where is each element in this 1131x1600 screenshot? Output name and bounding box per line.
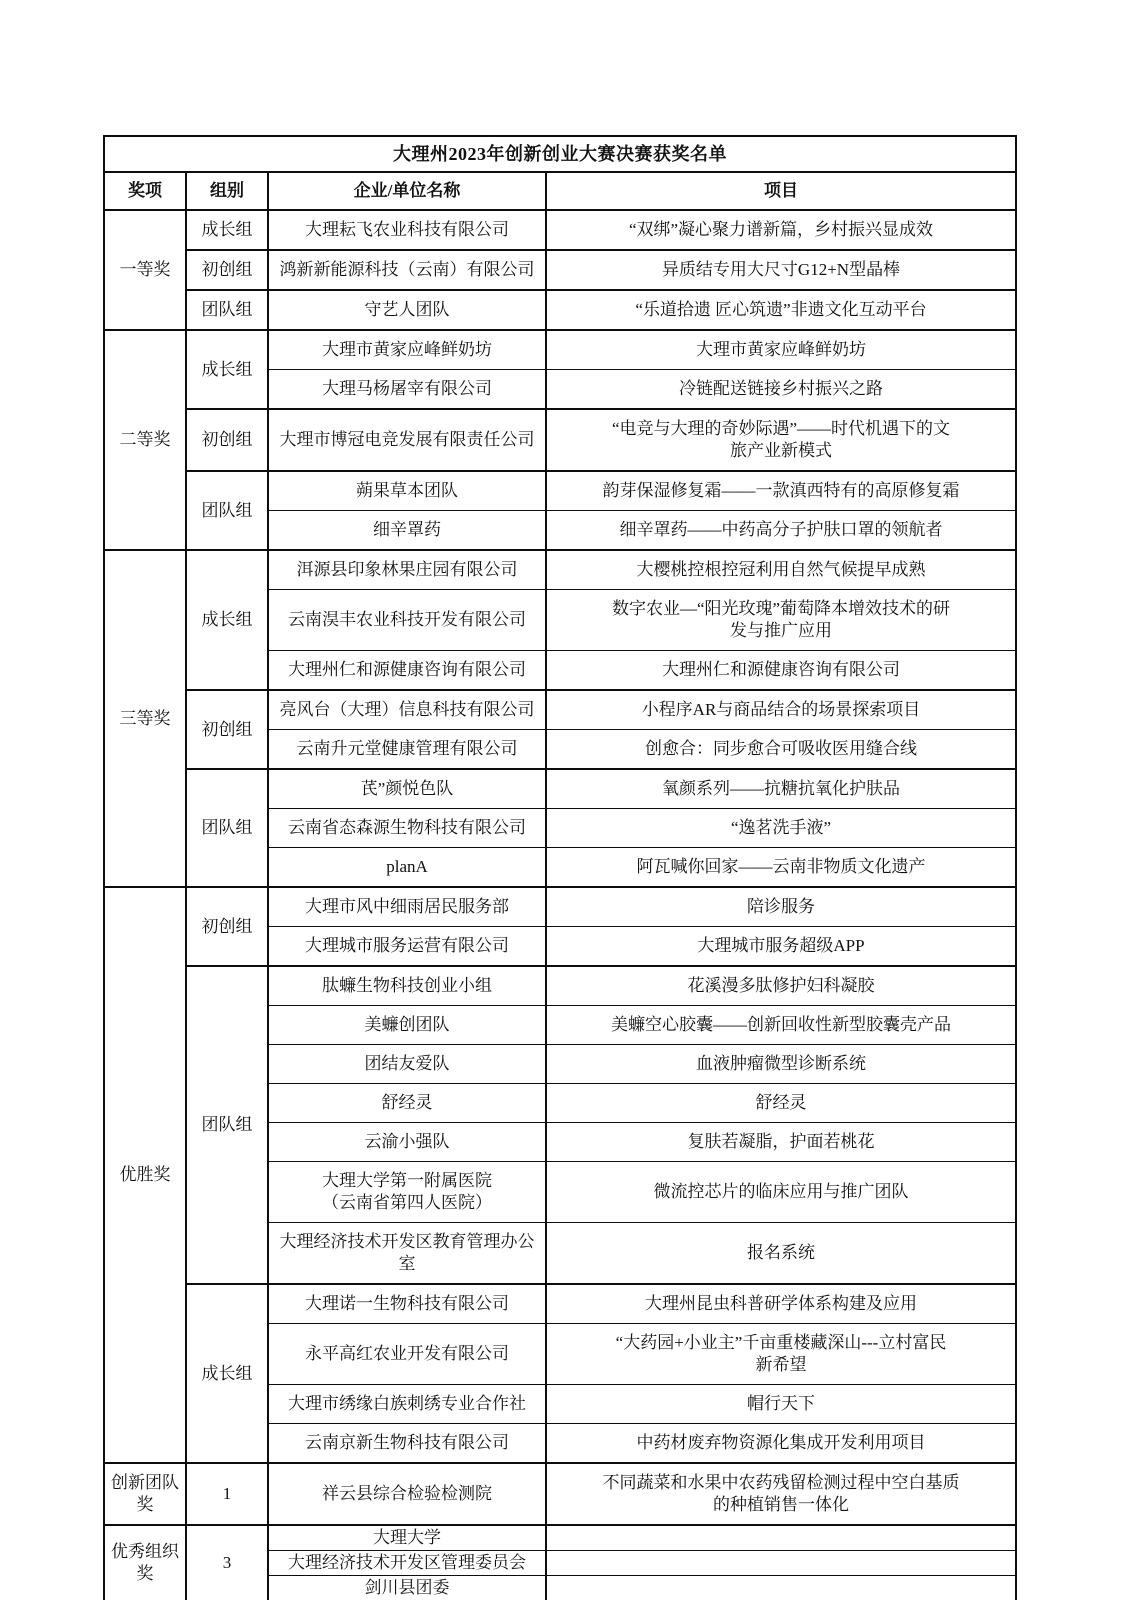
company-cell: 云渝小强队 (268, 1123, 546, 1162)
table-header-row: 奖项 组别 企业/单位名称 项目 (104, 172, 1016, 210)
company-cell: 云南升元堂健康管理有限公司 (268, 730, 546, 770)
company-cell: 洱源县印象林果庄园有限公司 (268, 550, 546, 590)
company-cell: 大理经济技术开发区管理委员会 (268, 1551, 546, 1576)
company-cell: 大理市黄家应峰鲜奶坊 (268, 330, 546, 370)
group-cell: 初创组 (186, 690, 268, 769)
project-cell: 陪诊服务 (546, 887, 1016, 927)
group-cell: 成长组 (186, 550, 268, 690)
project-cell: “电竞与大理的奇妙际遇”——时代机遇下的文 旅产业新模式 (546, 409, 1016, 471)
table-row: 成长组大理诺一生物科技有限公司大理州昆虫科普研学体系构建及应用 (104, 1284, 1016, 1324)
group-cell: 初创组 (186, 887, 268, 966)
project-cell: 大樱桃控根控冠利用自然气候提早成熟 (546, 550, 1016, 590)
group-cell: 团队组 (186, 471, 268, 550)
company-cell: 云南省态森源生物科技有限公司 (268, 809, 546, 848)
table-row: 团队组蒴果草本团队韵芽保湿修复霜——一款滇西特有的高原修复霜 (104, 471, 1016, 511)
company-cell: 团结友爱队 (268, 1045, 546, 1084)
table-row: 初创组亮风台（大理）信息科技有限公司小程序AR与商品结合的场景探索项目 (104, 690, 1016, 730)
project-cell: “双绑”凝心聚力谱新篇，乡村振兴显成效 (546, 210, 1016, 250)
table-row: 创新团队奖1祥云县综合检验检测院不同蔬菜和水果中农药残留检测过程中空白基质 的种… (104, 1463, 1016, 1525)
project-cell: 花溪漫多肽修护妇科凝胶 (546, 966, 1016, 1006)
project-cell: 中药材废弃物资源化集成开发利用项目 (546, 1424, 1016, 1464)
group-cell: 团队组 (186, 769, 268, 887)
company-cell: 舒经灵 (268, 1084, 546, 1123)
group-cell: 初创组 (186, 409, 268, 471)
company-cell: 云南京新生物科技有限公司 (268, 1424, 546, 1464)
company-cell: 守艺人团队 (268, 290, 546, 330)
award-cell: 二等奖 (104, 330, 186, 550)
project-cell: 大理市黄家应峰鲜奶坊 (546, 330, 1016, 370)
company-cell: 大理耘飞农业科技有限公司 (268, 210, 546, 250)
project-cell: 冷链配送链接乡村振兴之路 (546, 370, 1016, 410)
project-cell: 血液肿瘤微型诊断系统 (546, 1045, 1016, 1084)
company-cell: 细辛罩药 (268, 511, 546, 551)
project-cell: 报名系统 (546, 1223, 1016, 1285)
column-header-company: 企业/单位名称 (268, 172, 546, 210)
award-cell: 一等奖 (104, 210, 186, 330)
company-cell: 大理大学第一附属医院 （云南省第四人医院） (268, 1162, 546, 1223)
project-cell: 数字农业—“阳光玫瑰”葡萄降本增效技术的研 发与推广应用 (546, 590, 1016, 651)
company-cell: 永平高红农业开发有限公司 (268, 1324, 546, 1385)
project-cell: 美蠊空心胶囊——创新回收性新型胶囊壳产品 (546, 1006, 1016, 1045)
project-cell: “乐道拾遗 匠心筑遗”非遗文化互动平台 (546, 290, 1016, 330)
company-cell: 美蠊创团队 (268, 1006, 546, 1045)
company-cell: 鸿新新能源科技（云南）有限公司 (268, 250, 546, 290)
group-cell: 成长组 (186, 330, 268, 409)
company-cell: 祥云县综合检验检测院 (268, 1463, 546, 1525)
project-cell: 阿瓦喊你回家——云南非物质文化遗产 (546, 848, 1016, 888)
project-cell: 帽行天下 (546, 1385, 1016, 1424)
project-cell: “逸茗洗手液” (546, 809, 1016, 848)
company-cell: 肽蠊生物科技创业小组 (268, 966, 546, 1006)
awards-table: 大理州2023年创新创业大赛决赛获奖名单 奖项 组别 企业/单位名称 项目 一等… (103, 135, 1017, 1600)
company-cell: 大理市博冠电竞发展有限责任公司 (268, 409, 546, 471)
table-row: 团队组肽蠊生物科技创业小组花溪漫多肽修护妇科凝胶 (104, 966, 1016, 1006)
table-row: 优胜奖初创组大理市风中细雨居民服务部陪诊服务 (104, 887, 1016, 927)
table-row: 初创组鸿新新能源科技（云南）有限公司异质结专用大尺寸G12+N型晶棒 (104, 250, 1016, 290)
project-cell: 大理城市服务超级APP (546, 927, 1016, 967)
table-row: 一等奖成长组大理耘飞农业科技有限公司“双绑”凝心聚力谱新篇，乡村振兴显成效 (104, 210, 1016, 250)
table-title-row: 大理州2023年创新创业大赛决赛获奖名单 (104, 136, 1016, 172)
company-cell: 云南淏丰农业科技开发有限公司 (268, 590, 546, 651)
project-cell (546, 1576, 1016, 1600)
company-cell: 大理市风中细雨居民服务部 (268, 887, 546, 927)
group-cell: 团队组 (186, 290, 268, 330)
project-cell: 异质结专用大尺寸G12+N型晶棒 (546, 250, 1016, 290)
project-cell: 不同蔬菜和水果中农药残留检测过程中空白基质 的种植销售一体化 (546, 1463, 1016, 1525)
company-cell: 大理大学 (268, 1525, 546, 1551)
award-cell: 创新团队奖 (104, 1463, 186, 1525)
document-page: 大理州2023年创新创业大赛决赛获奖名单 奖项 组别 企业/单位名称 项目 一等… (0, 0, 1131, 1600)
table-row: 优秀组织奖3大理大学 (104, 1525, 1016, 1551)
table-title: 大理州2023年创新创业大赛决赛获奖名单 (104, 136, 1016, 172)
award-cell: 优秀组织奖 (104, 1525, 186, 1600)
table-row: 团队组芪”颜悦色队氧颜系列——抗糖抗氧化护肤品 (104, 769, 1016, 809)
project-cell: 小程序AR与商品结合的场景探索项目 (546, 690, 1016, 730)
award-cell: 优胜奖 (104, 887, 186, 1463)
group-cell: 初创组 (186, 250, 268, 290)
project-cell (546, 1525, 1016, 1551)
company-cell: 大理诺一生物科技有限公司 (268, 1284, 546, 1324)
award-cell: 三等奖 (104, 550, 186, 887)
group-cell: 团队组 (186, 966, 268, 1284)
table-row: 初创组大理市博冠电竞发展有限责任公司“电竞与大理的奇妙际遇”——时代机遇下的文 … (104, 409, 1016, 471)
company-cell: planA (268, 848, 546, 888)
company-cell: 大理市绣缘白族刺绣专业合作社 (268, 1385, 546, 1424)
project-cell: 韵芽保湿修复霜——一款滇西特有的高原修复霜 (546, 471, 1016, 511)
table-row: 二等奖成长组大理市黄家应峰鲜奶坊大理市黄家应峰鲜奶坊 (104, 330, 1016, 370)
project-cell: “大药园+小业主”千亩重楼藏深山---立村富民 新希望 (546, 1324, 1016, 1385)
company-cell: 剑川县团委 (268, 1576, 546, 1600)
column-header-award: 奖项 (104, 172, 186, 210)
company-cell: 大理城市服务运营有限公司 (268, 927, 546, 967)
company-cell: 大理州仁和源健康咨询有限公司 (268, 651, 546, 691)
project-cell: 细辛罩药——中药高分子护肤口罩的领航者 (546, 511, 1016, 551)
project-cell: 创愈合：同步愈合可吸收医用缝合线 (546, 730, 1016, 770)
project-cell: 大理州昆虫科普研学体系构建及应用 (546, 1284, 1016, 1324)
project-cell: 舒经灵 (546, 1084, 1016, 1123)
project-cell: 复肤若凝脂，护面若桃花 (546, 1123, 1016, 1162)
company-cell: 蒴果草本团队 (268, 471, 546, 511)
group-cell: 成长组 (186, 1284, 268, 1463)
company-cell: 芪”颜悦色队 (268, 769, 546, 809)
project-cell (546, 1551, 1016, 1576)
company-cell: 大理经济技术开发区教育管理办公 室 (268, 1223, 546, 1285)
table-row: 三等奖成长组洱源县印象林果庄园有限公司大樱桃控根控冠利用自然气候提早成熟 (104, 550, 1016, 590)
table-row: 团队组守艺人团队“乐道拾遗 匠心筑遗”非遗文化互动平台 (104, 290, 1016, 330)
company-cell: 亮风台（大理）信息科技有限公司 (268, 690, 546, 730)
column-header-group: 组别 (186, 172, 268, 210)
column-header-project: 项目 (546, 172, 1016, 210)
project-cell: 大理州仁和源健康咨询有限公司 (546, 651, 1016, 691)
project-cell: 微流控芯片的临床应用与推广团队 (546, 1162, 1016, 1223)
company-cell: 大理马杨屠宰有限公司 (268, 370, 546, 410)
group-cell: 成长组 (186, 210, 268, 250)
project-cell: 氧颜系列——抗糖抗氧化护肤品 (546, 769, 1016, 809)
group-cell: 3 (186, 1525, 268, 1600)
group-cell: 1 (186, 1463, 268, 1525)
